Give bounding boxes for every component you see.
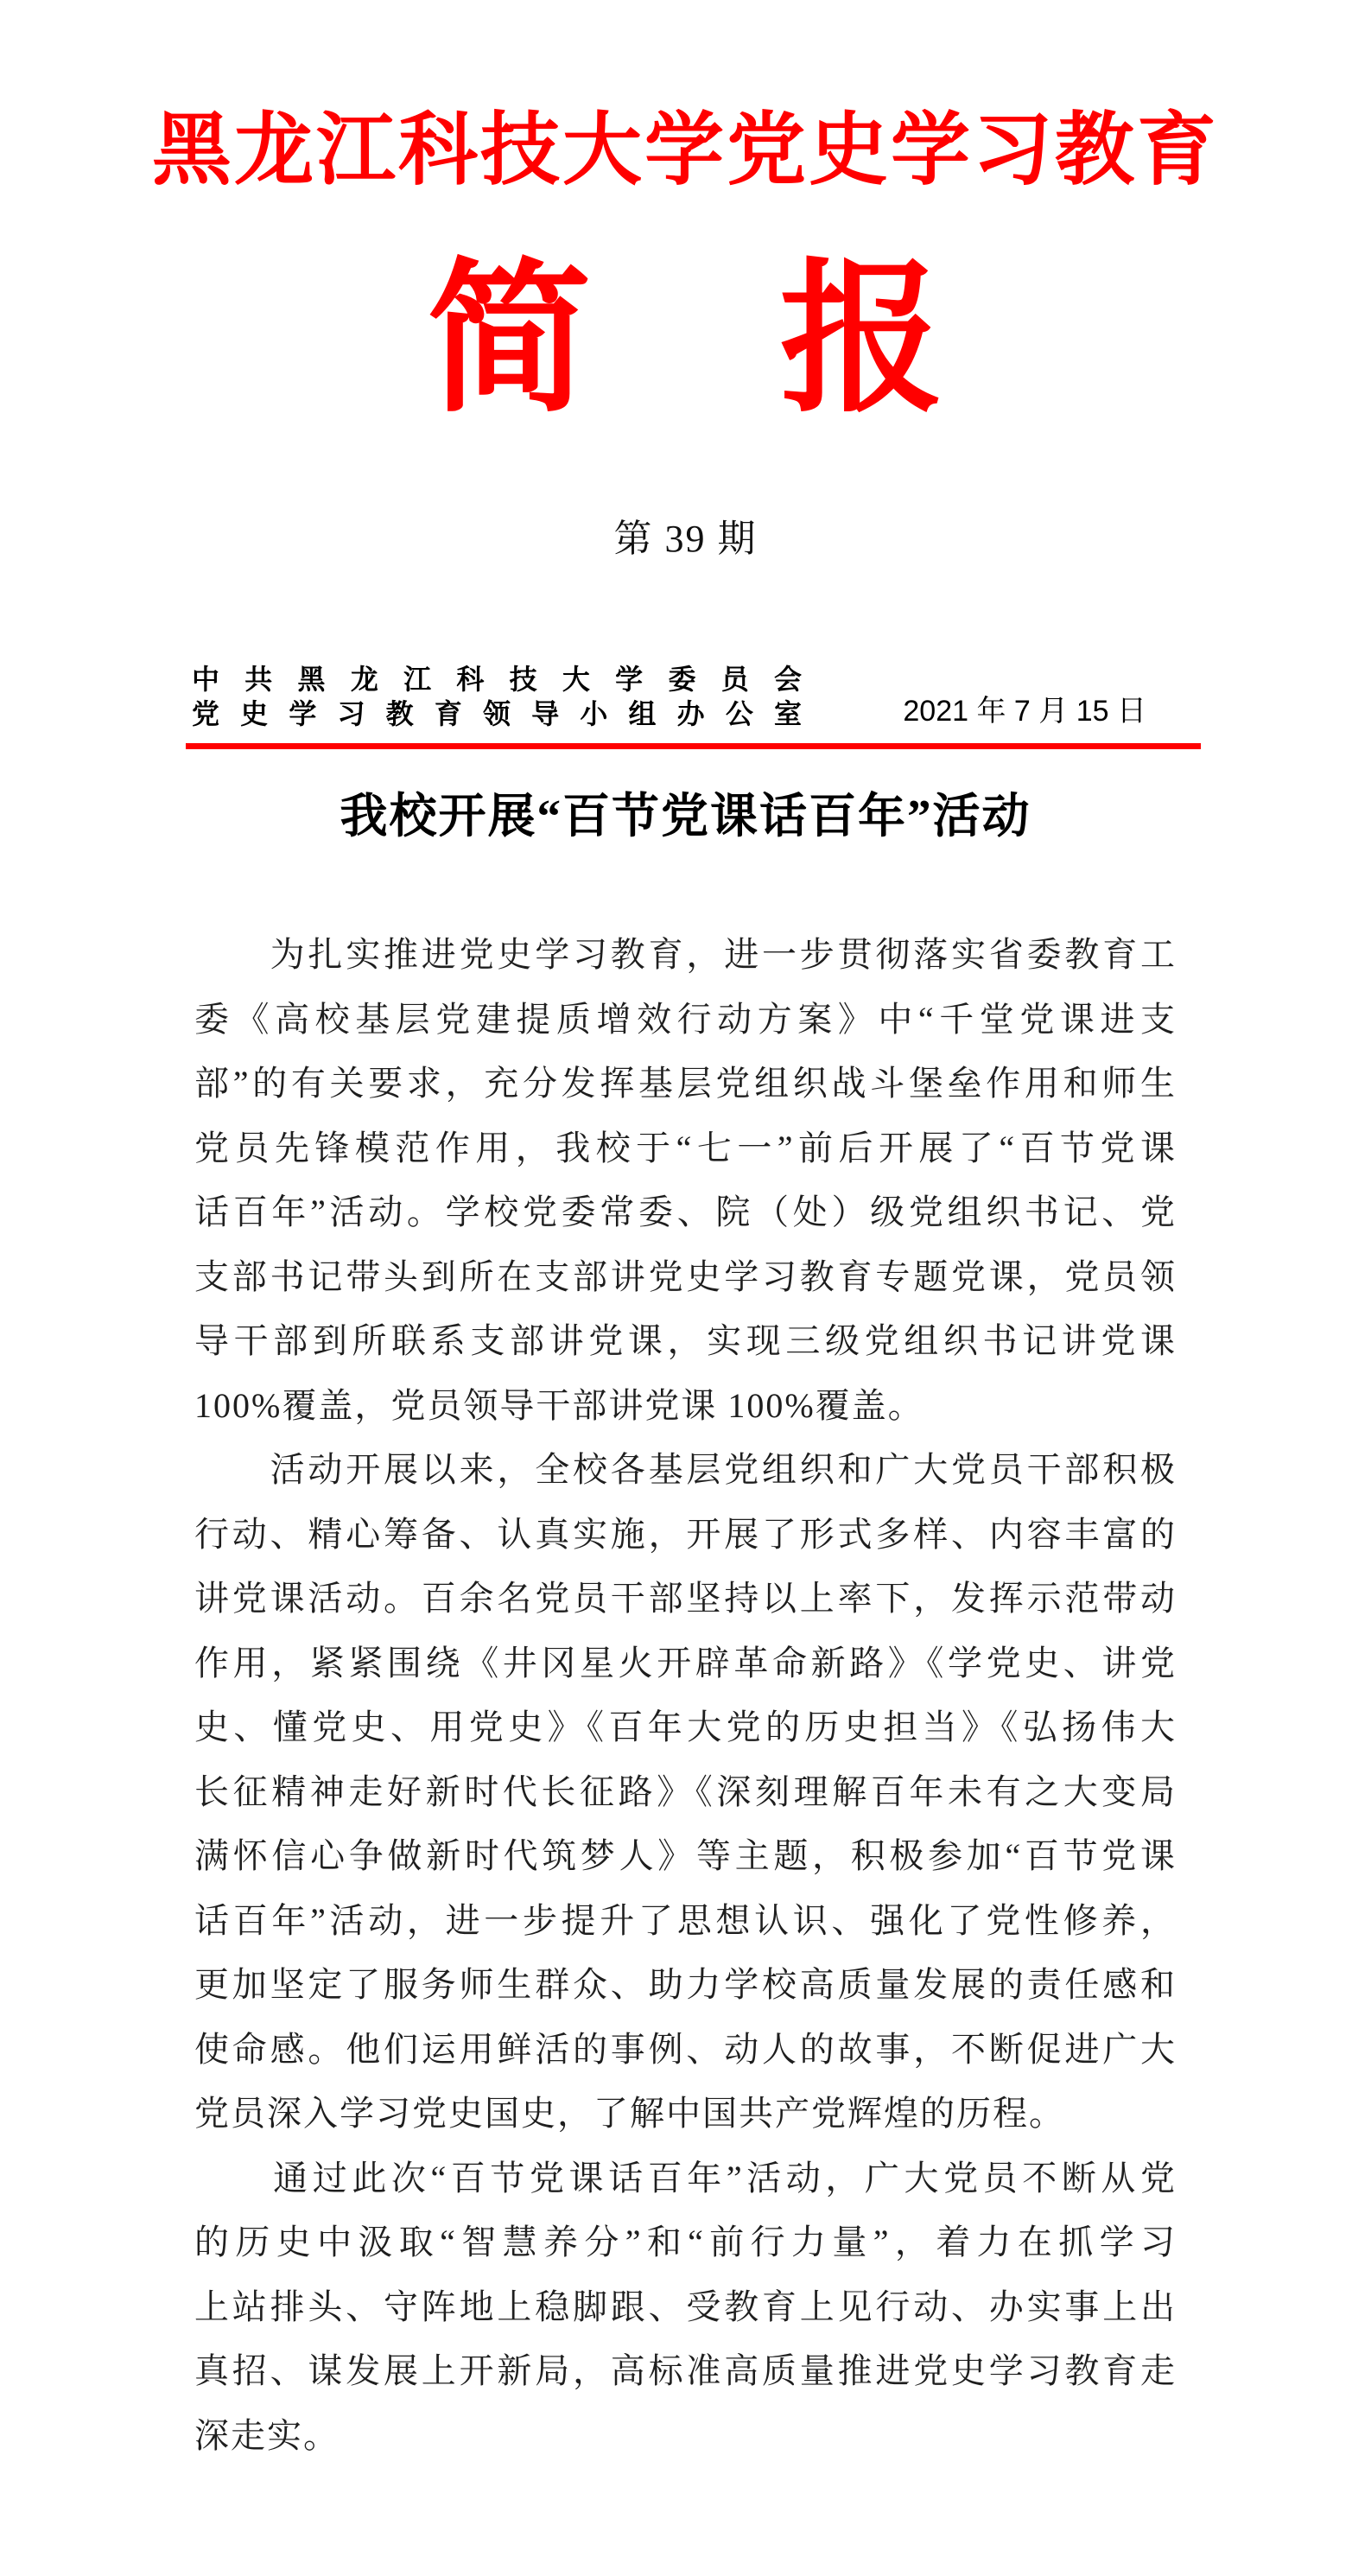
masthead-title: 黑龙江科技大学党史学习教育 — [0, 111, 1371, 190]
paragraph: 为扎实推进党史学习教育，进一步贯彻落实省委教育工委《高校基层党建提质增效行动方案… — [194, 923, 1177, 1438]
body-line: 满怀信心争做新时代筑梦人》等主题，积极参加“百节党课 — [194, 1824, 1177, 1889]
issue-date: 2021 年 7 月 15 日 — [903, 696, 1146, 726]
body-line: 导干部到所联系支部讲党课，实现三级党组织书记讲党课 — [194, 1309, 1177, 1374]
body-line: 为扎实推进党史学习教育，进一步贯彻落实省委教育工 — [194, 923, 1177, 988]
body-line: 真招、谋发展上开新局，高标准高质量推进党史学习教育走 — [194, 2339, 1177, 2404]
body-line: 部”的有关要求，充分发挥基层党组织战斗堡垒作用和师生 — [194, 1052, 1177, 1116]
article-body: 为扎实推进党史学习教育，进一步贯彻落实省委教育工委《高校基层党建提质增效行动方案… — [194, 923, 1177, 2468]
brief-title: 简 报 — [0, 258, 1371, 422]
body-line: 使命感。他们运用鲜活的事例、动人的故事，不断促进广大 — [194, 2018, 1177, 2083]
body-line: 话百年”活动。学校党委常委、院（处）级党组织书记、党 — [194, 1180, 1177, 1245]
body-line: 更加坚定了服务师生群众、助力学校高质量发展的责任感和 — [194, 1953, 1177, 2018]
body-line: 讲党课活动。百余名党员干部坚持以上率下，发挥示范带动 — [194, 1567, 1177, 1631]
body-line: 上站排头、守阵地上稳脚跟、受教育上见行动、办实事上出 — [194, 2275, 1177, 2340]
article-title: 我校开展“百节党课话百年”活动 — [0, 792, 1371, 842]
red-divider-rule — [186, 743, 1201, 749]
body-line: 100%覆盖，党员领导干部讲党课 100%覆盖。 — [194, 1374, 1177, 1439]
brief-char-right: 报 — [780, 258, 944, 422]
issue-number: 第 39 期 — [0, 518, 1371, 560]
body-line: 通过此次“百节党课话百年”活动，广大党员不断从党 — [194, 2147, 1177, 2211]
body-line: 的历史中汲取“智慧养分”和“前行力量”，着力在抓学习 — [194, 2210, 1177, 2275]
publisher-line-1: 中共黑龙江科技大学委员会 — [192, 662, 802, 696]
paragraph: 活动开展以来，全校各基层党组织和广大党员干部积极行动、精心筹备、认真实施，开展了… — [194, 1438, 1177, 2147]
body-line: 长征精神走好新时代长征路》《深刻理解百年未有之大变局 — [194, 1760, 1177, 1825]
publisher-block: 中共黑龙江科技大学委员会 党史学习教育领导小组办公室 — [192, 662, 802, 731]
body-line: 活动开展以来，全校各基层党组织和广大党员干部积极 — [194, 1438, 1177, 1503]
body-line: 委《高校基层党建提质增效行动方案》中“千堂党课进支 — [194, 988, 1177, 1053]
body-line: 党员深入学习党史国史，了解中国共产党辉煌的历程。 — [194, 2082, 1177, 2147]
body-line: 行动、精心筹备、认真实施，开展了形式多样、内容丰富的 — [194, 1503, 1177, 1568]
publisher-line-2: 党史学习教育领导小组办公室 — [192, 696, 802, 731]
bulletin-page: 黑龙江科技大学党史学习教育 简 报 第 39 期 中共黑龙江科技大学委员会 党史… — [0, 0, 1371, 2576]
body-line: 史、懂党史、用党史》《百年大党的历史担当》《弘扬伟大 — [194, 1695, 1177, 1760]
brief-char-left: 简 — [427, 258, 591, 422]
paragraph: 通过此次“百节党课话百年”活动，广大党员不断从党的历史中汲取“智慧养分”和“前行… — [194, 2147, 1177, 2469]
body-line: 支部书记带头到所在支部讲党史学习教育专题党课，党员领 — [194, 1245, 1177, 1310]
body-line: 党员先锋模范作用，我校于“七一”前后开展了“百节党课 — [194, 1116, 1177, 1181]
body-line: 作用，紧紧围绕《井冈星火开辟革命新路》《学党史、讲党 — [194, 1631, 1177, 1696]
body-line: 深走实。 — [194, 2404, 1177, 2469]
body-line: 话百年”活动，进一步提升了思想认识、强化了党性修养， — [194, 1889, 1177, 1954]
